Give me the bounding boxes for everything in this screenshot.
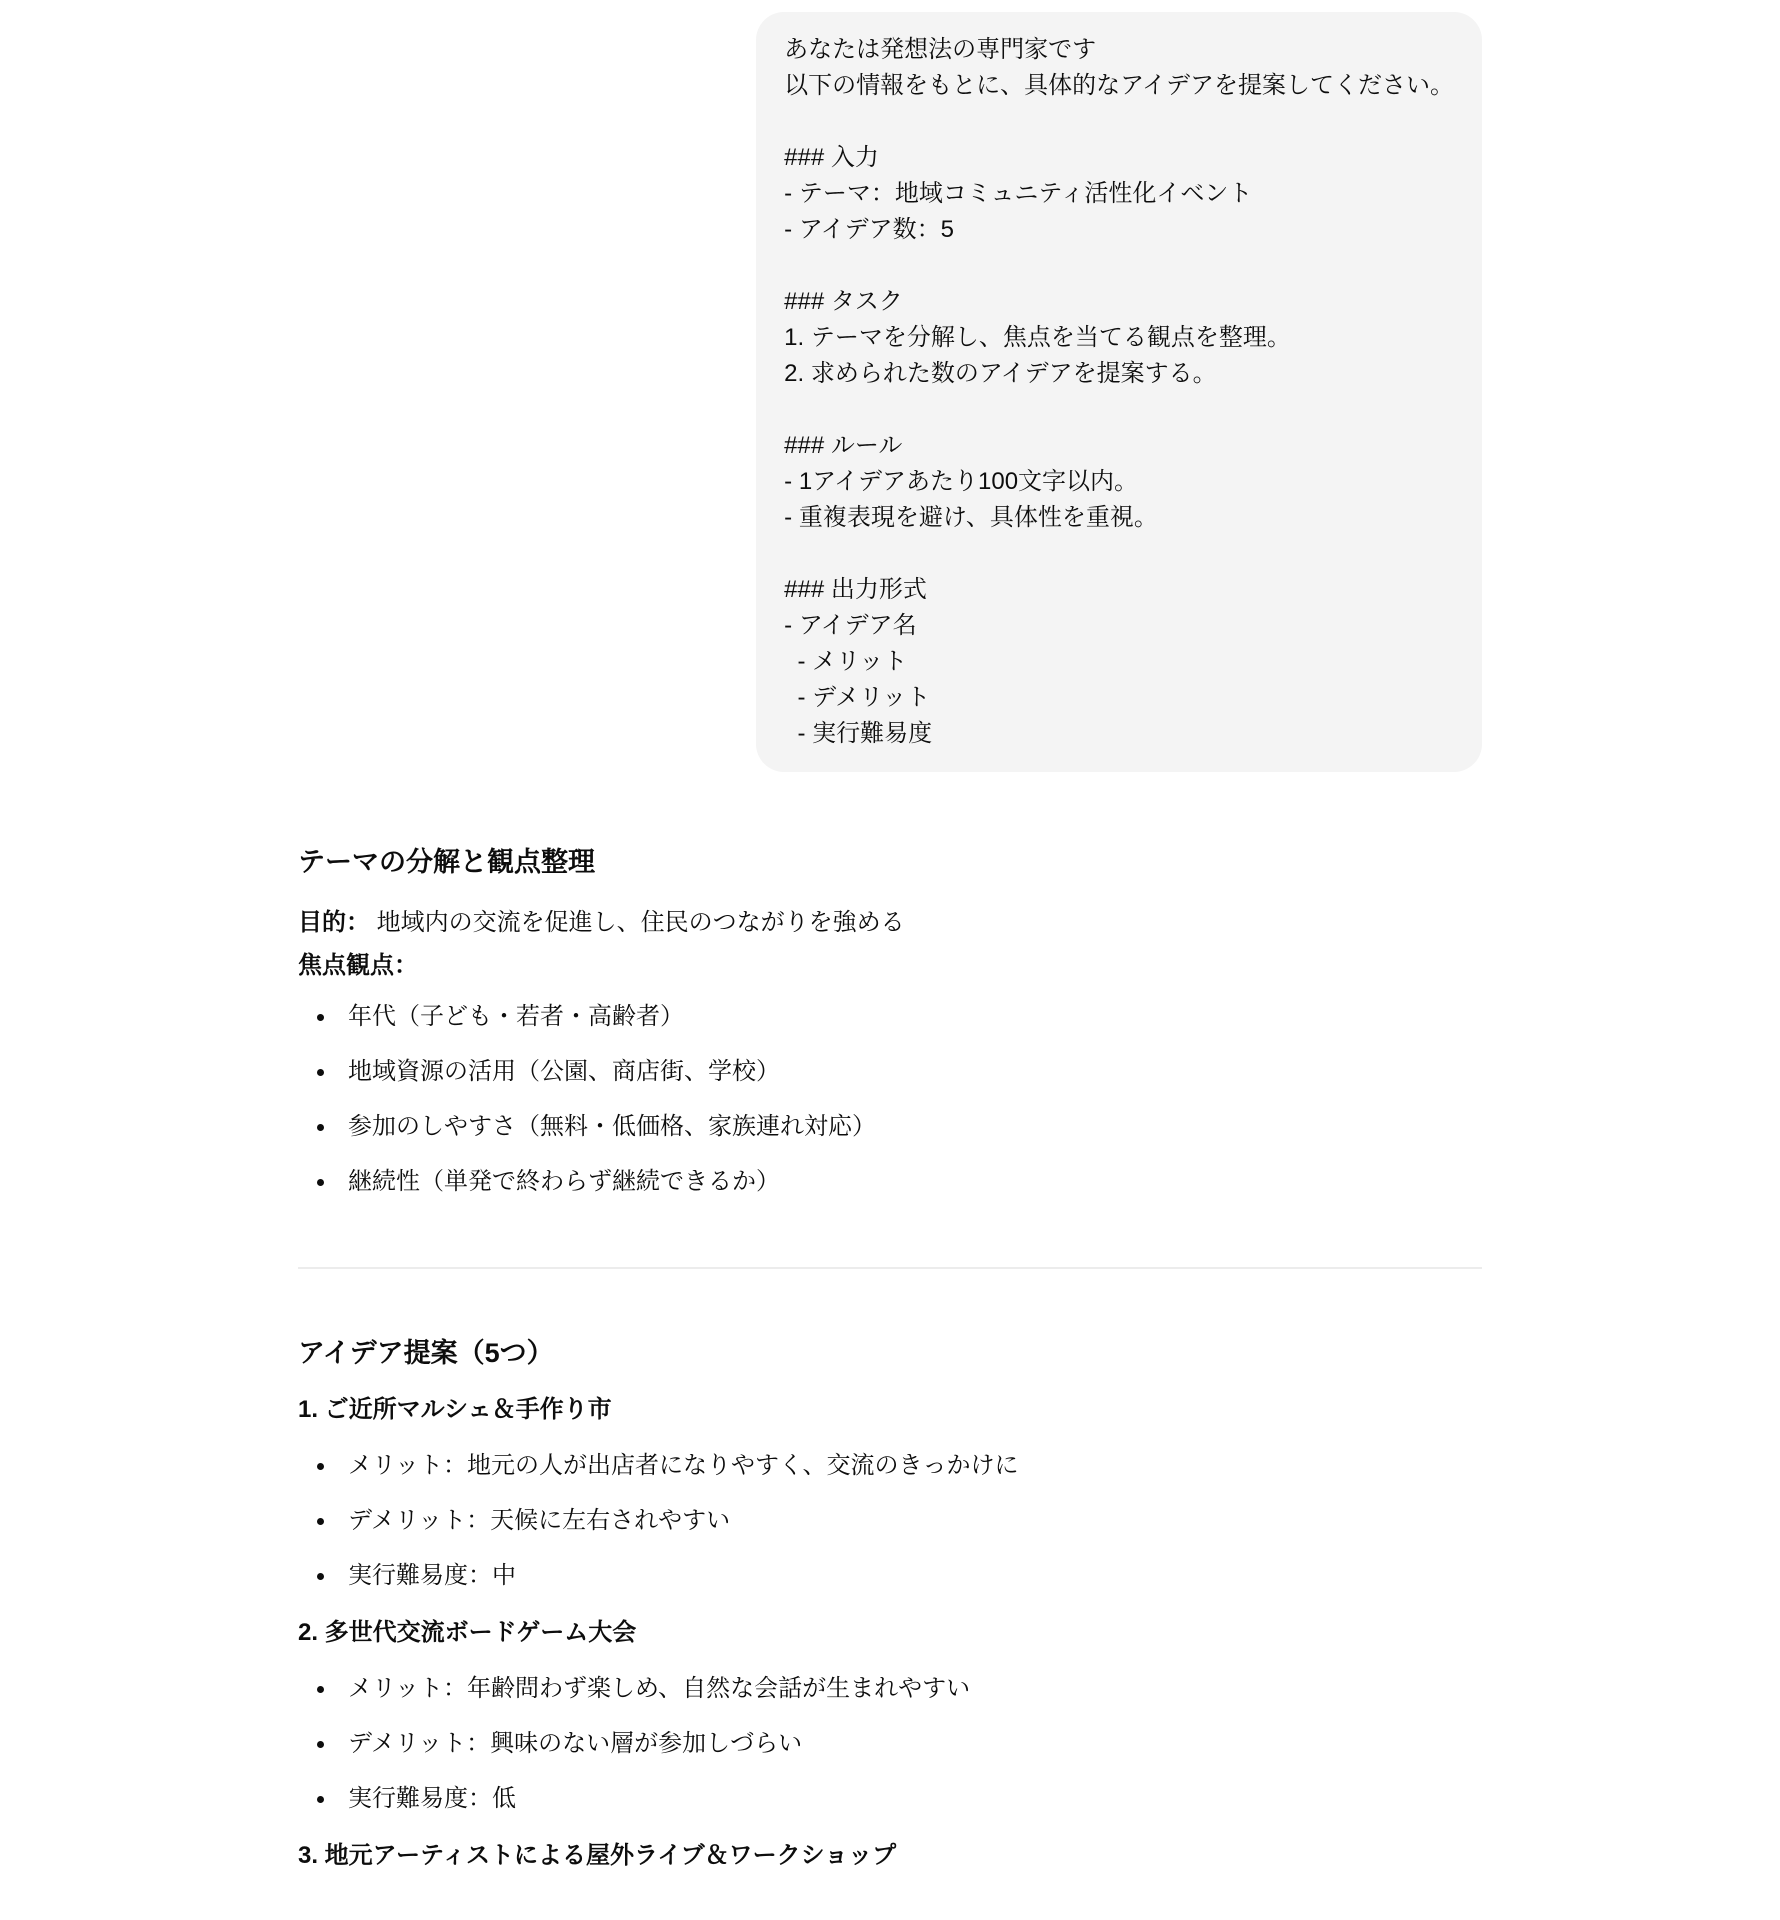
purpose-label: 目的： — [298, 909, 370, 936]
focus-label-line: 焦点観点： — [298, 948, 1482, 984]
section-heading-ideas: アイデア提案（5つ） — [298, 1335, 1482, 1371]
bullet-icon — [317, 1069, 324, 1076]
idea-title-1: 1. ご近所マルシェ＆手作り市 — [298, 1392, 1482, 1428]
focus-points-list: 年代（子ども・若者・高齢者） 地域資源の活用（公園、商店街、学校） 参加のしやす… — [298, 999, 1482, 1200]
section-divider — [298, 1267, 1482, 1269]
list-item-text: 年代（子ども・若者・高齢者） — [348, 1003, 684, 1030]
bullet-icon — [317, 1686, 324, 1693]
idea-title-2: 2. 多世代交流ボードゲーム大会 — [298, 1615, 1482, 1651]
idea-1-list: メリット：地元の人が出店者になりやすく、交流のきっかけに デメリット：天候に左右… — [298, 1448, 1482, 1594]
list-item-text: 実行難易度：低 — [348, 1785, 516, 1812]
bullet-icon — [317, 1179, 324, 1186]
bullet-icon — [317, 1124, 324, 1131]
idea-2-list: メリット：年齢問わず楽しめ、自然な会話が生まれやすい デメリット：興味のない層が… — [298, 1671, 1482, 1817]
list-item-text: デメリット：天候に左右されやすい — [348, 1507, 730, 1534]
bullet-icon — [317, 1518, 324, 1525]
list-item: 実行難易度：中 — [298, 1558, 1482, 1594]
section-heading-theme: テーマの分解と観点整理 — [298, 844, 1482, 880]
list-item: 継続性（単発で終わらず継続できるか） — [298, 1164, 1482, 1200]
purpose-text: 地域内の交流を促進し、住民のつながりを強める — [370, 909, 905, 936]
bullet-icon — [317, 1573, 324, 1580]
list-item: 実行難易度：低 — [298, 1781, 1482, 1817]
list-item: 地域資源の活用（公園、商店街、学校） — [298, 1054, 1482, 1090]
list-item: メリット：年齢問わず楽しめ、自然な会話が生まれやすい — [298, 1671, 1482, 1707]
list-item-text: デメリット：興味のない層が参加しづらい — [348, 1730, 802, 1757]
list-item: メリット：地元の人が出店者になりやすく、交流のきっかけに — [298, 1448, 1482, 1484]
list-item-text: 参加のしやすさ（無料・低価格、家族連れ対応） — [348, 1113, 876, 1140]
list-item-text: 継続性（単発で終わらず継続できるか） — [348, 1168, 780, 1195]
list-item-text: 地域資源の活用（公園、商店街、学校） — [348, 1058, 780, 1085]
focus-label: 焦点観点： — [298, 952, 418, 979]
chat-conversation: あなたは発想法の専門家です 以下の情報をもとに、具体的なアイデアを提案してくださ… — [298, 0, 1482, 1874]
bullet-icon — [317, 1796, 324, 1803]
list-item: デメリット：興味のない層が参加しづらい — [298, 1726, 1482, 1762]
list-item-text: メリット：年齢問わず楽しめ、自然な会話が生まれやすい — [348, 1675, 970, 1702]
list-item: 参加のしやすさ（無料・低価格、家族連れ対応） — [298, 1109, 1482, 1145]
bullet-icon — [317, 1463, 324, 1470]
list-item-text: 実行難易度：中 — [348, 1562, 516, 1589]
user-message-bubble: あなたは発想法の専門家です 以下の情報をもとに、具体的なアイデアを提案してくださ… — [756, 12, 1482, 772]
idea-title-3: 3. 地元アーティストによる屋外ライブ＆ワークショップ — [298, 1838, 1482, 1874]
user-message-row: あなたは発想法の専門家です 以下の情報をもとに、具体的なアイデアを提案してくださ… — [298, 0, 1482, 772]
bullet-icon — [317, 1741, 324, 1748]
assistant-message: テーマの分解と観点整理 目的： 地域内の交流を促進し、住民のつながりを強める 焦… — [298, 844, 1482, 1874]
list-item-text: メリット：地元の人が出店者になりやすく、交流のきっかけに — [348, 1452, 1019, 1479]
bullet-icon — [317, 1014, 324, 1021]
list-item: 年代（子ども・若者・高齢者） — [298, 999, 1482, 1035]
purpose-line: 目的： 地域内の交流を促進し、住民のつながりを強める — [298, 905, 1482, 941]
list-item: デメリット：天候に左右されやすい — [298, 1503, 1482, 1539]
